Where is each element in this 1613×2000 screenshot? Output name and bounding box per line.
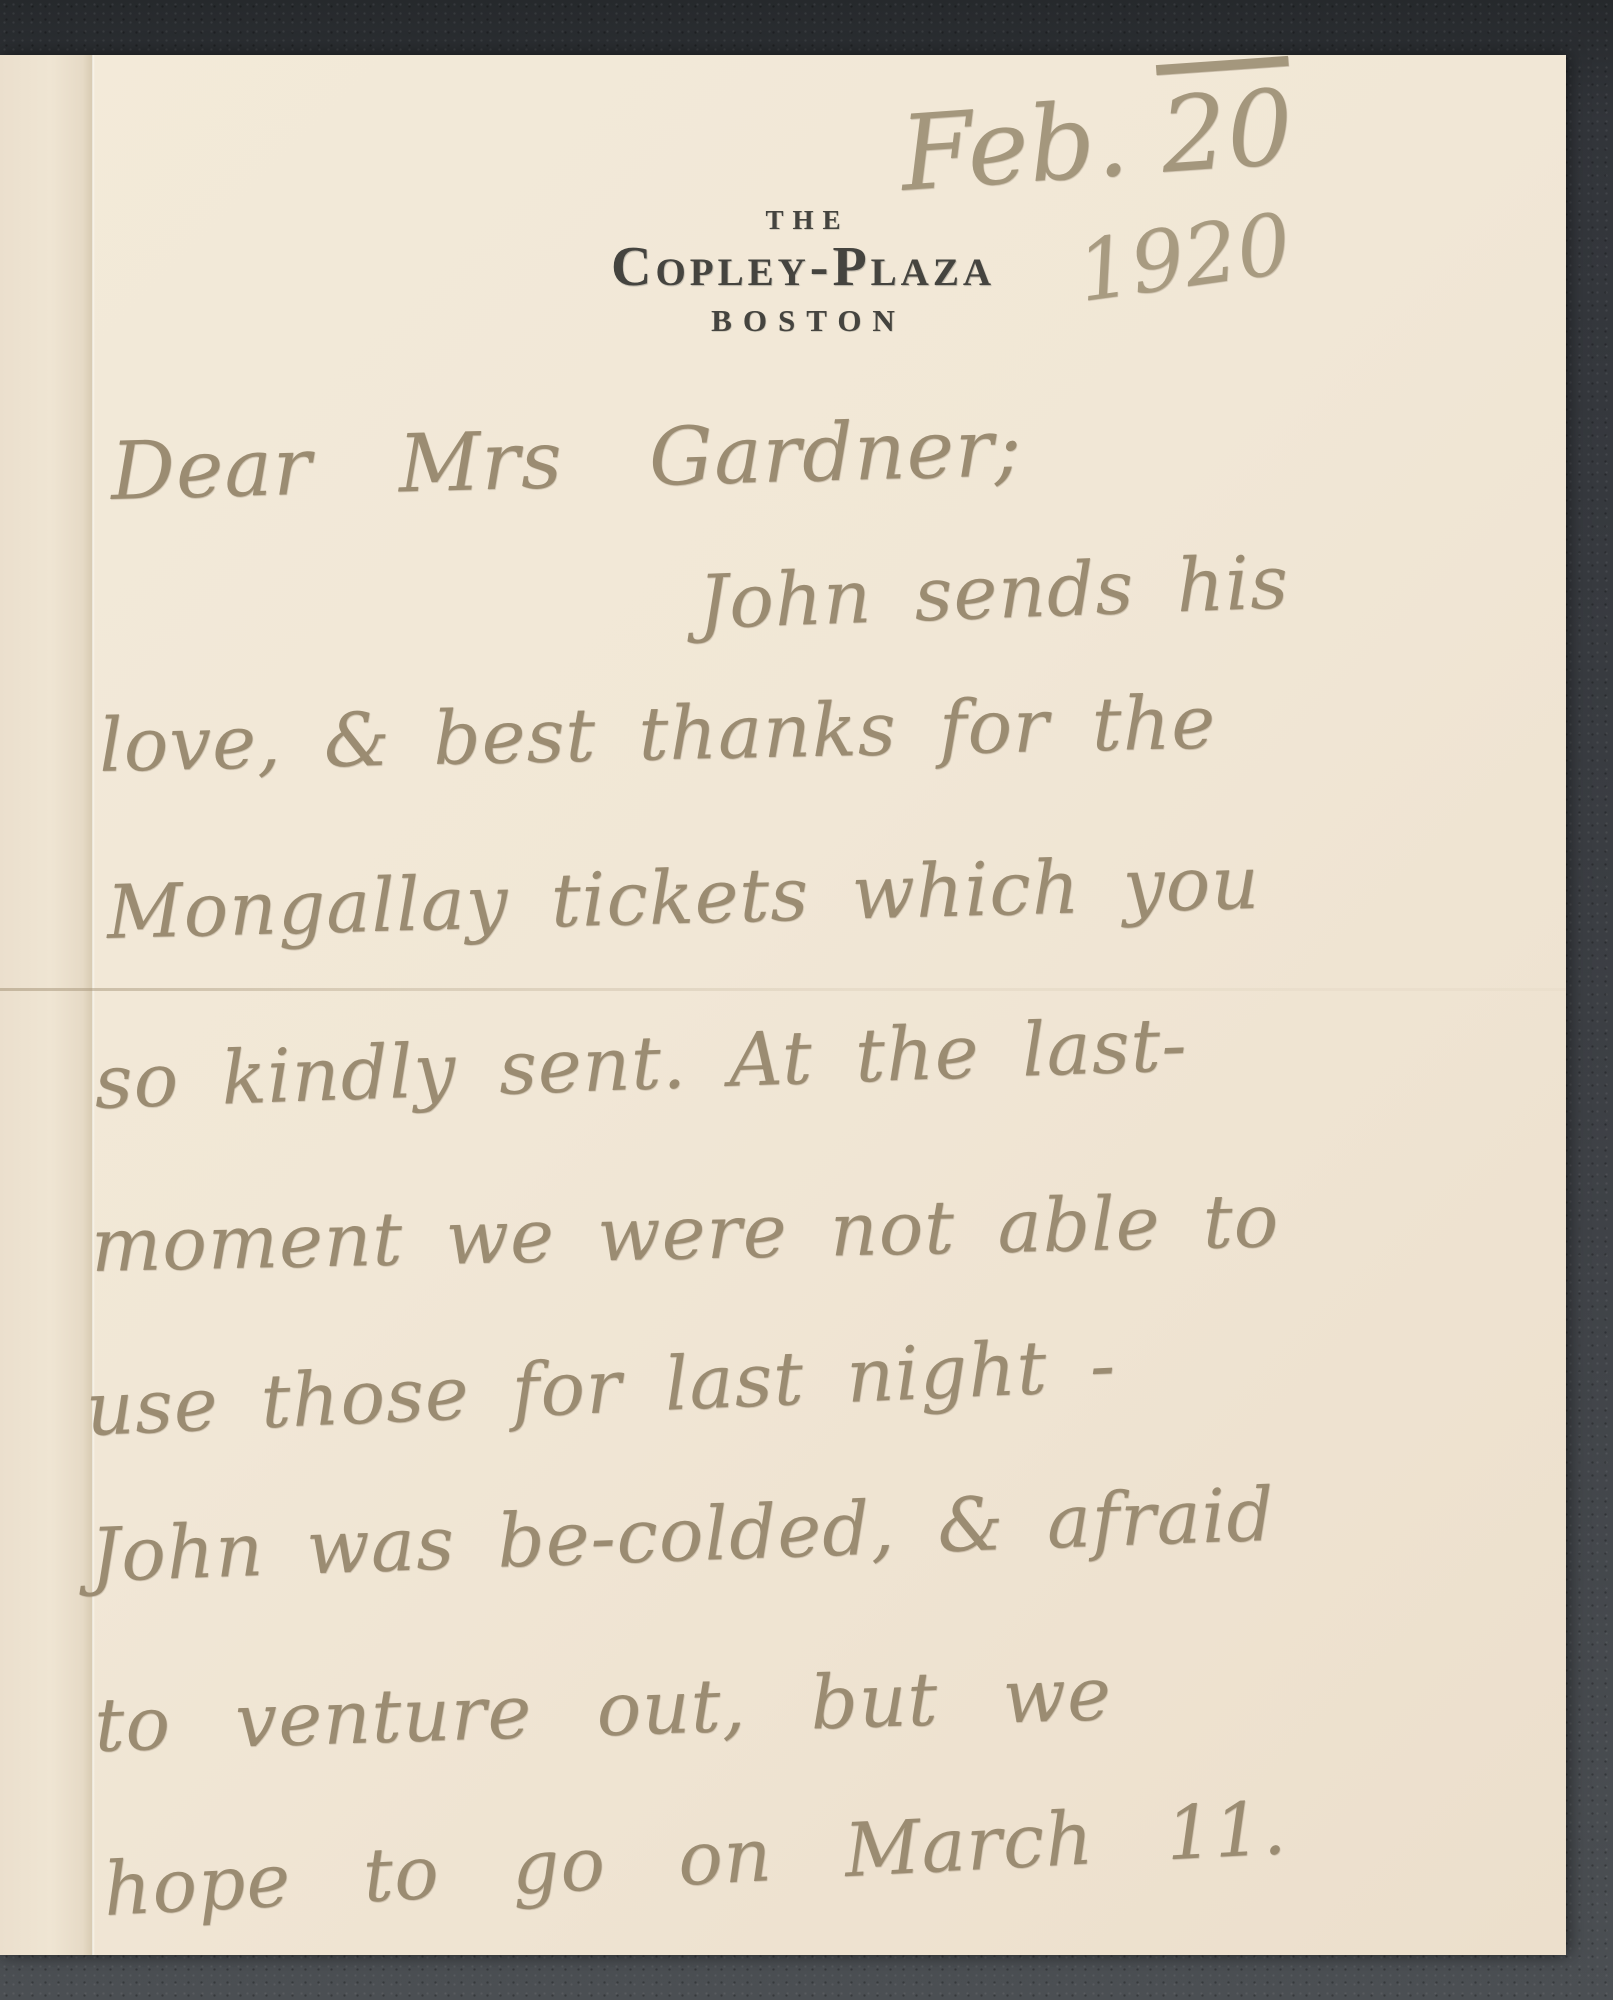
scanned-letter-photograph: { "letterhead": { "line1": "THE", "name"… [0,0,1613,2000]
date-month: Feb. [896,77,1132,215]
letter-line: moment we were not able to [90,1178,1280,1289]
handwritten-date: Feb. 20 [896,66,1297,215]
letter-line: Mongallay tickets which you [106,840,1261,956]
date-day: 20 [1157,66,1298,197]
letter-line: to venture out, but we [93,1651,1113,1769]
letterhead-name: Copley-Plaza [611,238,995,297]
letter-page: THE Copley-Plaza BOSTON Feb. 20 1920 Dea… [0,55,1566,1955]
letter-line: use those for last night - [84,1322,1117,1453]
letter-line: John was be-colded, & afraid [89,1472,1276,1599]
vertical-fold-crease [0,55,93,1955]
letter-line: love, & best thanks for the [98,680,1217,789]
letter-line-salutation: Dear Mrs Gardner; [110,401,1024,518]
horizontal-fold-crease [0,988,1566,991]
letter-line: hope to go on March 11. [101,1785,1288,1933]
letter-line: so kindly sent. At the last- [93,1002,1189,1126]
handwritten-year: 1920 [1071,194,1296,321]
letterhead-city: BOSTON [611,303,995,339]
letter-line: John sends his [697,539,1290,646]
hotel-letterhead: THE Copley-Plaza BOSTON [611,205,995,339]
